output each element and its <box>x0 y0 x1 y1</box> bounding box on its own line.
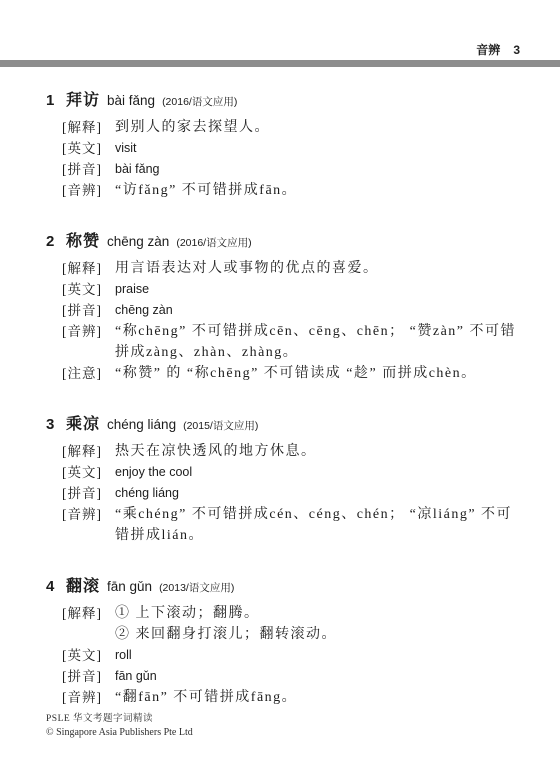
row-label: [解释] <box>62 441 110 462</box>
row-label: [注意] <box>62 363 110 384</box>
row-content: “称赞” 的 “称chēng” 不可错读成 “趁” 而拼成chèn。 <box>115 363 520 384</box>
entry-word: 乘凉 <box>66 414 100 435</box>
entry-pinyin: chéng liáng <box>107 414 176 435</box>
header-rule <box>0 60 560 67</box>
row-label: [英文] <box>62 645 110 666</box>
row-label: [解释] <box>62 603 110 645</box>
book-page: 音辨3 1 拜访 bài fǎng (2016/语文应用) [解释] 到别人的家… <box>0 0 560 763</box>
entry-title: 4 翻滚 fān gǔn (2013/语文应用) <box>46 576 520 599</box>
entry-word: 拜访 <box>66 90 100 111</box>
row-content: “访fǎng” 不可错拼成fān。 <box>115 180 520 201</box>
row-label: [英文] <box>62 462 110 483</box>
definition-row: [解释] 用言语表达对人或事物的优点的喜爱。 <box>62 258 520 279</box>
sound-distinction-row: [音辨] “称chēng” 不可错拼成cēn、cēng、chēn； “赞zàn”… <box>62 321 520 363</box>
sound-distinction-row: [音辨] “访fǎng” 不可错拼成fān。 <box>62 180 520 201</box>
definition-row: [解释] ① 上下滚动；翻腾。 ② 来回翻身打滚儿；翻转滚动。 <box>62 603 520 645</box>
row-label: [拼音] <box>62 483 110 504</box>
row-content: “乘chéng” 不可错拼成cén、céng、chén； “凉liáng” 不可… <box>115 504 520 546</box>
row-content: 热天在凉快透风的地方休息。 <box>115 441 520 462</box>
header-page-number: 3 <box>513 43 520 57</box>
row-label: [音辨] <box>62 180 110 201</box>
pinyin-row: [拼音] fān gǔn <box>62 666 520 687</box>
entry-number: 4 <box>46 576 66 597</box>
english-row: [英文] roll <box>62 645 520 666</box>
entry-2: 2 称赞 chēng zàn (2016/语文应用) [解释] 用言语表达对人或… <box>46 231 520 384</box>
entry-3: 3 乘凉 chéng liáng (2015/语文应用) [解释] 热天在凉快透… <box>46 414 520 546</box>
entry-number: 3 <box>46 414 66 435</box>
row-content: ① 上下滚动；翻腾。 ② 来回翻身打滚儿；翻转滚动。 <box>115 603 520 645</box>
row-label: [拼音] <box>62 666 110 687</box>
pinyin-row: [拼音] chéng liáng <box>62 483 520 504</box>
row-content: praise <box>115 279 520 300</box>
definition-row: [解释] 到别人的家去探望人。 <box>62 117 520 138</box>
row-content: bài fǎng <box>115 159 520 180</box>
row-content: chéng liáng <box>115 483 520 504</box>
footer-book-title: PSLE 华文考题字词精读 <box>46 710 193 724</box>
definition-line-1: ① 上下滚动；翻腾。 <box>115 603 520 624</box>
row-content: 用言语表达对人或事物的优点的喜爱。 <box>115 258 520 279</box>
english-row: [英文] visit <box>62 138 520 159</box>
pinyin-row: [拼音] bài fǎng <box>62 159 520 180</box>
entry-number: 2 <box>46 231 66 252</box>
header-section-title: 音辨 <box>476 43 500 57</box>
entry-1: 1 拜访 bài fǎng (2016/语文应用) [解释] 到别人的家去探望人… <box>46 90 520 201</box>
row-label: [解释] <box>62 258 110 279</box>
footer-copyright: © Singapore Asia Publishers Pte Ltd <box>46 727 193 738</box>
row-label: [音辨] <box>62 504 110 546</box>
definition-line-2: ② 来回翻身打滚儿；翻转滚动。 <box>115 624 520 645</box>
row-label: [英文] <box>62 138 110 159</box>
pinyin-row: [拼音] chēng zàn <box>62 300 520 321</box>
row-label: [拼音] <box>62 159 110 180</box>
row-content: fān gǔn <box>115 666 520 687</box>
page-footer: PSLE 华文考题字词精读 © Singapore Asia Publisher… <box>46 710 193 738</box>
row-label: [音辨] <box>62 321 110 363</box>
entry-title: 3 乘凉 chéng liáng (2015/语文应用) <box>46 414 520 437</box>
note-row: [注意] “称赞” 的 “称chēng” 不可错读成 “趁” 而拼成chèn。 <box>62 363 520 384</box>
entry-title: 2 称赞 chēng zàn (2016/语文应用) <box>46 231 520 254</box>
row-content: visit <box>115 138 520 159</box>
row-content: “称chēng” 不可错拼成cēn、cēng、chēn； “赞zàn” 不可错拼… <box>115 321 520 363</box>
entry-exam-tag: (2013/语文应用) <box>159 578 234 599</box>
entry-word: 称赞 <box>66 231 100 252</box>
entry-exam-tag: (2016/语文应用) <box>162 92 237 113</box>
row-label: [拼音] <box>62 300 110 321</box>
row-content: “翻fān” 不可错拼成fāng。 <box>115 687 520 708</box>
row-content: chēng zàn <box>115 300 520 321</box>
row-content: 到别人的家去探望人。 <box>115 117 520 138</box>
row-content: enjoy the cool <box>115 462 520 483</box>
page-header: 音辨3 <box>476 41 520 58</box>
english-row: [英文] praise <box>62 279 520 300</box>
entry-4: 4 翻滚 fān gǔn (2013/语文应用) [解释] ① 上下滚动；翻腾。… <box>46 576 520 708</box>
entries-list: 1 拜访 bài fǎng (2016/语文应用) [解释] 到别人的家去探望人… <box>46 90 520 738</box>
entry-pinyin: fān gǔn <box>107 576 152 597</box>
entry-exam-tag: (2015/语文应用) <box>183 416 258 437</box>
row-label: [解释] <box>62 117 110 138</box>
english-row: [英文] enjoy the cool <box>62 462 520 483</box>
entry-number: 1 <box>46 90 66 111</box>
entry-pinyin: bài fǎng <box>107 90 155 111</box>
sound-distinction-row: [音辨] “乘chéng” 不可错拼成cén、céng、chén； “凉lián… <box>62 504 520 546</box>
row-label: [英文] <box>62 279 110 300</box>
entry-exam-tag: (2016/语文应用) <box>176 233 251 254</box>
definition-row: [解释] 热天在凉快透风的地方休息。 <box>62 441 520 462</box>
entry-pinyin: chēng zàn <box>107 231 169 252</box>
row-content: roll <box>115 645 520 666</box>
sound-distinction-row: [音辨] “翻fān” 不可错拼成fāng。 <box>62 687 520 708</box>
row-label: [音辨] <box>62 687 110 708</box>
entry-title: 1 拜访 bài fǎng (2016/语文应用) <box>46 90 520 113</box>
entry-word: 翻滚 <box>66 576 100 597</box>
